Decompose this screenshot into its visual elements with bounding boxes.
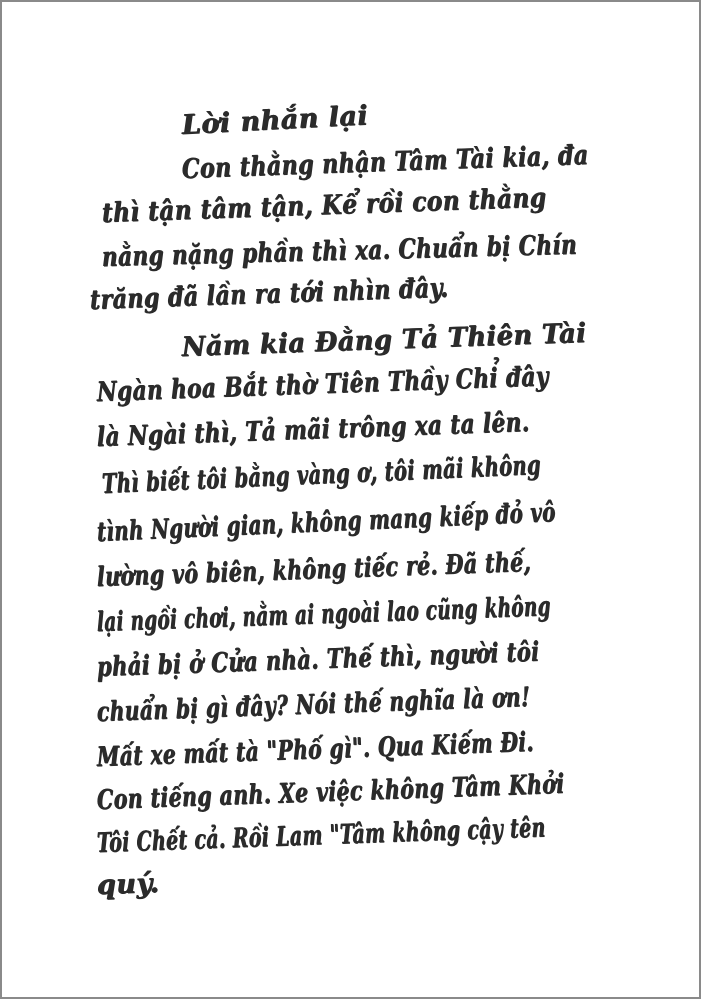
manuscript-page: Lời nhắn lại Con thằng nhận Tâm Tài kia,…: [0, 0, 701, 999]
manuscript-line-9: Thì biết tôi bằng vàng ơ, tôi mãi không: [101, 450, 541, 500]
manuscript-line-8: là Ngài thì, Tả mãi trông xa ta lên.: [96, 407, 530, 453]
manuscript-line-18: quý.: [96, 868, 160, 901]
manuscript-line-10: tình Người gian, không mang kiếp đỏ vô: [96, 497, 556, 548]
manuscript-line-5: trăng đã lần ra tới nhìn đây.: [89, 272, 448, 315]
manuscript-line-11: lường vô biên, không tiếc rẻ. Đã thế,: [96, 547, 531, 593]
manuscript-line-2: Con thằng nhận Tâm Tài kia, đa: [181, 140, 589, 185]
manuscript-line-16: Con tiếng anh. Xe việc không Tâm Khởi: [96, 769, 565, 816]
manuscript-line-4: nằng nặng phần thì xa. Chuẩn bị Chín: [102, 230, 578, 273]
manuscript-line-14: chuẩn bị gì đây? Nói thế nghĩa là ơn!: [96, 682, 530, 728]
handwritten-text-block: Lời nhắn lại Con thằng nhận Tâm Tài kia,…: [2, 2, 699, 997]
manuscript-title: Lời nhắn lại: [181, 100, 369, 141]
manuscript-line-17: Tôi Chết cả. Rồi Lam "Tâm không cậy tên: [96, 812, 546, 859]
manuscript-line-3: thì tận tâm tận, Kể rồi con thằng: [101, 182, 547, 229]
manuscript-line-13: phải bị ở Cửa nhà. Thế thì, người tôi: [96, 637, 540, 683]
manuscript-line-6: Năm kia Đằng Tả Thiên Tài: [181, 318, 586, 363]
manuscript-line-12: lại ngồi chơi, nằm ai ngoài lao cũng khô…: [96, 591, 551, 638]
manuscript-line-15: Mất xe mất tà "Phố gì". Qua Kiếm Đi.: [96, 727, 534, 773]
manuscript-line-7: Ngàn hoa Bắt thờ Tiên Thầy Chỉ đây: [96, 361, 549, 408]
